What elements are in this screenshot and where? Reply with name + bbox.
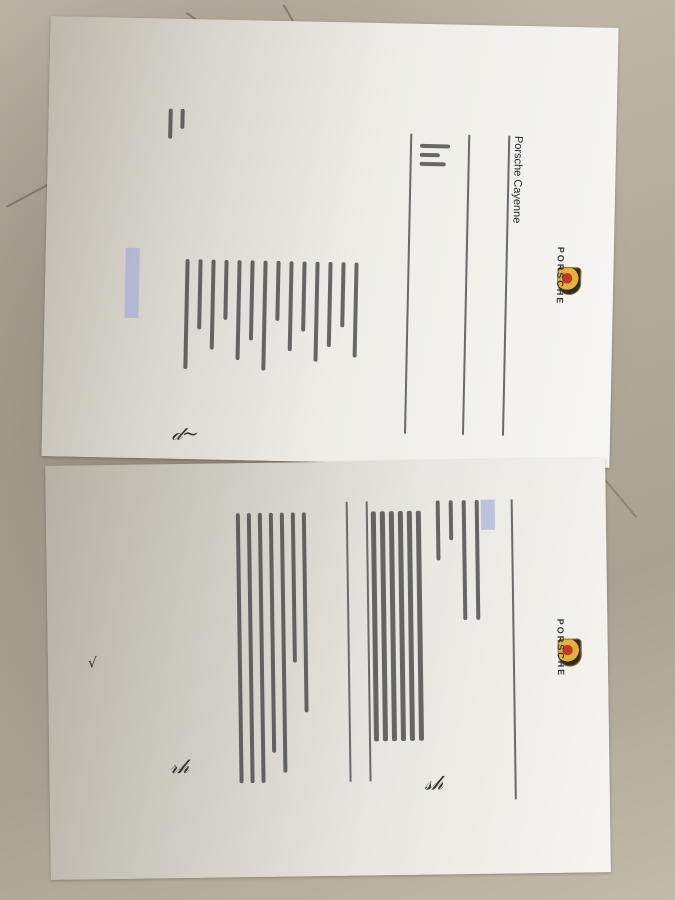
- signature-mark: 𝒹~: [172, 421, 199, 446]
- spec-text-block: [420, 144, 460, 167]
- divider: [511, 499, 517, 799]
- remarks-text-block: [236, 512, 310, 783]
- divider: [404, 134, 412, 434]
- brand-logo-text: PORSCHE: [555, 247, 566, 306]
- left-column-text: [168, 109, 185, 139]
- header-info: [436, 500, 481, 621]
- terms-text-block: [371, 511, 424, 742]
- signature-mark: √: [88, 655, 97, 671]
- signature-mark: 𝓈𝒽: [424, 770, 443, 794]
- signature-mark: 𝓇𝒽: [169, 754, 189, 778]
- divider: [462, 135, 470, 435]
- options-list: [183, 259, 385, 383]
- divider: [346, 502, 352, 782]
- document-page-bottom: PORSCHE 𝓈𝒽 𝓇𝒽 √: [45, 458, 611, 880]
- brand-logo-text: PORSCHE: [555, 619, 566, 678]
- highlighted-field: [481, 500, 495, 530]
- divider: [502, 136, 510, 436]
- document-title: Porsche Cayenne: [510, 136, 524, 224]
- highlighted-field: [124, 248, 139, 318]
- document-page-top: PORSCHE Porsche Cayenne handwritten sign…: [41, 16, 618, 468]
